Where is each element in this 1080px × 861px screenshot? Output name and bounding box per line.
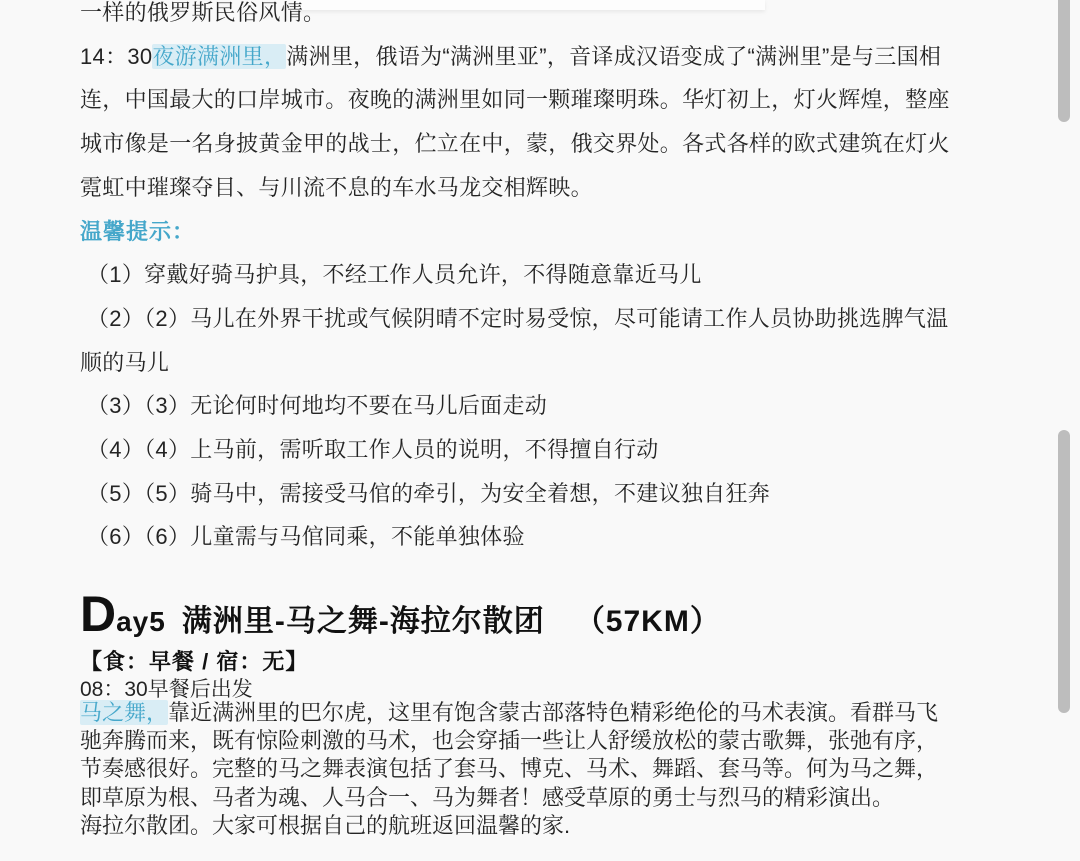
- text-segment: 节奏感很好。完整的马之舞表演包括了套马、博克、马术、舞蹈、套马等。何为马之舞，: [80, 756, 938, 781]
- inline-link[interactable]: 夜游满洲里，: [152, 44, 286, 69]
- text-segment: 海拉尔散团。大家可根据自己的航班返回温馨的家.: [80, 813, 570, 838]
- text-segment: 靠近满洲里的巴尔虎，这里有饱含蒙古部落特色精彩绝伦的马术表演。看群马飞: [168, 700, 938, 725]
- text-segment: （3）（3）无论何时何地均不要在马儿后面走动: [87, 393, 547, 418]
- text-segment: 14：30: [80, 44, 152, 69]
- text-segment: （6）（6）儿童需与马倌同乘，不能单独体验: [87, 524, 525, 549]
- scrollbar-thumb-top[interactable]: [1058, 0, 1070, 122]
- day5-heading: Day5满洲里-马之舞-海拉尔散团（57KM）: [80, 588, 721, 640]
- text-segment: 即草原为根、马者为魂、人马合一、马为舞者！感受草原的勇士与烈马的精彩演出。: [80, 785, 894, 810]
- text-line: （2）（2）马儿在外界干扰或气候阴晴不定时易受惊，尽可能请工作人员协助挑选脾气温: [80, 297, 970, 341]
- text-segment: 城市像是一名身披黄金甲的战士，伫立在中，蒙，俄交界处。各式各样的欧式建筑在灯火: [80, 131, 950, 156]
- itinerary-top-paragraphs: 一样的俄罗斯民俗风情。14：30夜游满洲里，满洲里，俄语为“满洲里亚”，音译成汉…: [80, 0, 970, 559]
- day5-number: ay5: [116, 606, 166, 637]
- scrollbar-thumb-middle[interactable]: [1058, 430, 1070, 713]
- text-segment: 一样的俄罗斯民俗风情。: [80, 0, 325, 25]
- text-line: 连，中国最大的口岸城市。夜晚的满洲里如同一颗璀璨明珠。华灯初上，灯火辉煌，整座: [80, 78, 970, 122]
- text-segment: 驰奔腾而来，既有惊险刺激的马术，也会穿插一些让人舒缓放松的蒙古歌舞，张弛有序，: [80, 728, 938, 753]
- text-line: 马之舞，靠近满洲里的巴尔虎，这里有饱含蒙古部落特色精彩绝伦的马术表演。看群马飞: [80, 699, 980, 727]
- text-segment: 满洲里，俄语为“满洲里亚”，音译成汉语变成了“满洲里”是与三国相: [286, 44, 941, 69]
- itinerary-document: 一样的俄罗斯民俗风情。14：30夜游满洲里，满洲里，俄语为“满洲里亚”，音译成汉…: [0, 0, 1080, 861]
- text-segment: （2）（2）马儿在外界干扰或气候阴晴不定时易受惊，尽可能请工作人员协助挑选脾气温: [87, 306, 948, 331]
- day5-dropcap: D: [80, 586, 116, 642]
- text-segment: 霓虹中璀璨夺目、与川流不息的车水马龙交相辉映。: [80, 175, 593, 200]
- day5-description-paragraph: 马之舞，靠近满洲里的巴尔虎，这里有饱含蒙古部落特色精彩绝伦的马术表演。看群马飞驰…: [80, 699, 980, 840]
- tips-header: 温馨提示：: [80, 219, 195, 244]
- text-line: 温馨提示：: [80, 210, 970, 254]
- text-line: （3）（3）无论何时何地均不要在马儿后面走动: [80, 384, 970, 428]
- text-line: （6）（6）儿童需与马倌同乘，不能单独体验: [80, 515, 970, 559]
- text-line: （1）穿戴好骑马护具，不经工作人员允许，不得随意靠近马儿: [80, 253, 970, 297]
- text-line: 驰奔腾而来，既有惊险刺激的马术，也会穿插一些让人舒缓放松的蒙古歌舞，张弛有序，: [80, 727, 980, 755]
- text-line: （4）（4）上马前，需听取工作人员的说明，不得擅自行动: [80, 428, 970, 472]
- text-line: 14：30夜游满洲里，满洲里，俄语为“满洲里亚”，音译成汉语变成了“满洲里”是与…: [80, 35, 970, 79]
- text-line: （5）（5）骑马中，需接受马倌的牵引，为安全着想，不建议独自狂奔: [80, 472, 970, 516]
- text-segment: 顺的马儿: [80, 350, 169, 375]
- day5-distance: （57KM）: [575, 605, 721, 638]
- text-segment: （1）穿戴好骑马护具，不经工作人员允许，不得随意靠近马儿: [87, 262, 702, 287]
- text-line: 顺的马儿: [80, 341, 970, 385]
- text-line: 海拉尔散团。大家可根据自己的航班返回温馨的家.: [80, 812, 980, 840]
- text-line: 一样的俄罗斯民俗风情。: [80, 0, 970, 35]
- text-segment: （5）（5）骑马中，需接受马倌的牵引，为安全着想，不建议独自狂奔: [87, 481, 770, 506]
- text-line: 节奏感很好。完整的马之舞表演包括了套马、博克、马术、舞蹈、套马等。何为马之舞，: [80, 755, 980, 783]
- day5-route-title: 满洲里-马之舞-海拉尔散团: [182, 605, 545, 638]
- text-line: 即草原为根、马者为魂、人马合一、马为舞者！感受草原的勇士与烈马的精彩演出。: [80, 784, 980, 812]
- text-line: 霓虹中璀璨夺目、与川流不息的车水马龙交相辉映。: [80, 166, 970, 210]
- day5-meal-info: 【食：早餐 / 宿：无】: [80, 645, 308, 676]
- text-line: 城市像是一名身披黄金甲的战士，伫立在中，蒙，俄交界处。各式各样的欧式建筑在灯火: [80, 122, 970, 166]
- text-segment: 连，中国最大的口岸城市。夜晚的满洲里如同一颗璀璨明珠。华灯初上，灯火辉煌，整座: [80, 87, 950, 112]
- inline-link[interactable]: 马之舞，: [80, 700, 168, 725]
- text-segment: （4）（4）上马前，需听取工作人员的说明，不得擅自行动: [87, 437, 659, 462]
